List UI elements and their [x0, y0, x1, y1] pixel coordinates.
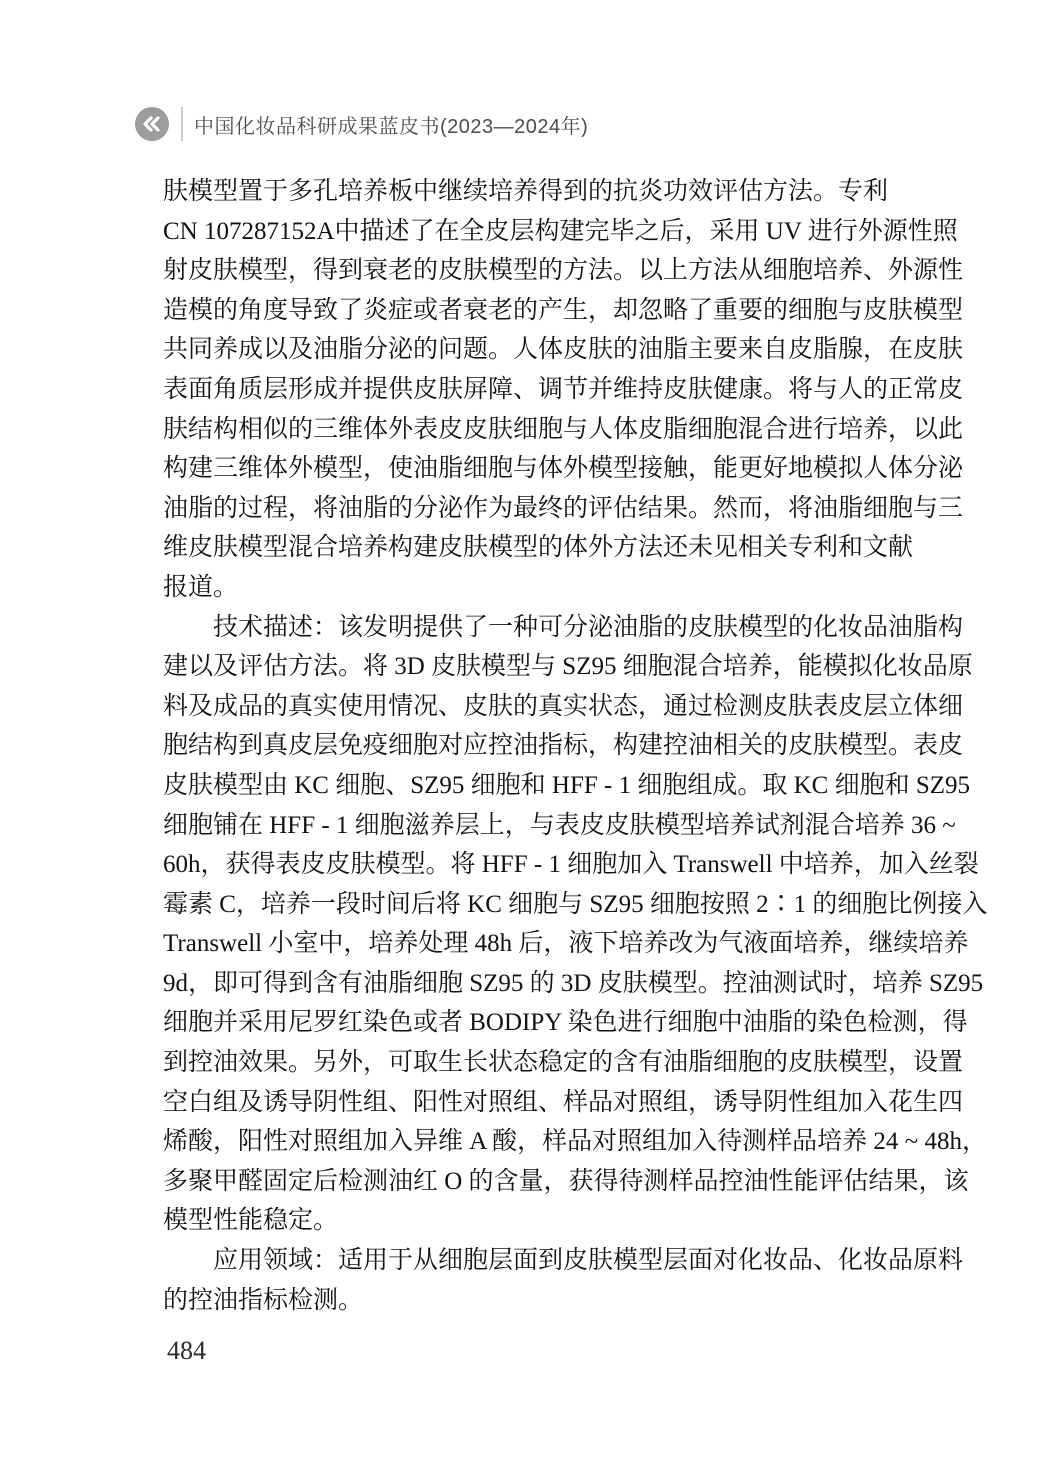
text-line: 报道。: [163, 568, 875, 608]
text-line: 造模的角度导致了炎症或者衰老的产生，却忽略了重要的细胞与皮肤模型: [163, 291, 875, 331]
text-line: 烯酸，阳性对照组加入异维 A 酸，样品对照组加入待测样品培养 24 ~ 48h，: [163, 1122, 875, 1162]
text-line: 表面角质层形成并提供皮肤屏障、调节并维持皮肤健康。将与人的正常皮: [163, 370, 875, 410]
text-line: 9d，即可得到含有油脂细胞 SZ95 的 3D 皮肤模型。控油测试时，培养 SZ…: [163, 964, 875, 1004]
text-line: 多聚甲醛固定后检测油红 O 的含量，获得待测样品控油性能评估结果，该: [163, 1162, 875, 1202]
book-title: 中国化妆品科研成果蓝皮书(2023—2024年): [194, 110, 588, 139]
text-line: 皮肤模型由 KC 细胞、SZ95 细胞和 HFF - 1 细胞组成。取 KC 细…: [163, 766, 875, 806]
text-line: 建以及评估方法。将 3D 皮肤模型与 SZ95 细胞混合培养，能模拟化妆品原: [163, 647, 875, 687]
text-line: 细胞铺在 HFF - 1 细胞滋养层上，与表皮皮肤模型培养试剂混合培养 36 ~: [163, 806, 875, 846]
text-line: 肤模型置于多孔培养板中继续培养得到的抗炎功效评估方法。专利: [163, 172, 875, 212]
document-page: 中国化妆品科研成果蓝皮书(2023—2024年) 肤模型置于多孔培养板中继续培养…: [0, 0, 1045, 1458]
text-line: 技术描述：该发明提供了一种可分泌油脂的皮肤模型的化妆品油脂构: [163, 608, 875, 648]
text-line: 料及成品的真实使用情况、皮肤的真实状态，通过检测皮肤表皮层立体细: [163, 687, 875, 727]
text-line: Transwell 小室中，培养处理 48h 后，液下培养改为气液面培养，继续培…: [163, 924, 875, 964]
text-line: 油脂的过程，将油脂的分泌作为最终的评估结果。然而，将油脂细胞与三: [163, 489, 875, 529]
text-line: 肤结构相似的三维体外表皮皮肤细胞与人体皮脂细胞混合进行培养，以此: [163, 410, 875, 450]
text-line: 应用领域：适用于从细胞层面到皮肤模型层面对化妆品、化妆品原料: [163, 1241, 875, 1281]
text-line: CN 107287152A中描述了在全皮层构建完毕之后，采用 UV 进行外源性照: [163, 212, 875, 252]
header-divider: [181, 107, 183, 141]
body-text: 肤模型置于多孔培养板中继续培养得到的抗炎功效评估方法。专利CN 10728715…: [163, 172, 875, 1320]
text-line: 空白组及诱导阴性组、阳性对照组、样品对照组，诱导阴性组加入花生四: [163, 1083, 875, 1123]
text-line: 的控油指标检测。: [163, 1281, 875, 1321]
text-line: 共同养成以及油脂分泌的问题。人体皮肤的油脂主要来自皮脂腺，在皮肤: [163, 330, 875, 370]
text-line: 构建三维体外模型，使油脂细胞与体外模型接触，能更好地模拟人体分泌: [163, 449, 875, 489]
text-line: 霉素 C，培养一段时间后将 KC 细胞与 SZ95 细胞按照 2∶1 的细胞比例…: [163, 885, 875, 925]
text-line: 到控油效果。另外，可取生长状态稳定的含有油脂细胞的皮肤模型，设置: [163, 1043, 875, 1083]
text-line: 射皮肤模型，得到衰老的皮肤模型的方法。以上方法从细胞培养、外源性: [163, 251, 875, 291]
text-line: 60h，获得表皮皮肤模型。将 HFF - 1 细胞加入 Transwell 中培…: [163, 845, 875, 885]
page-header: 中国化妆品科研成果蓝皮书(2023—2024年): [135, 104, 588, 144]
page-number: 484: [167, 1336, 206, 1366]
text-line: 细胞并采用尼罗红染色或者 BODIPY 染色进行细胞中油脂的染色检测，得: [163, 1003, 875, 1043]
text-line: 胞结构到真皮层免疫细胞对应控油指标，构建控油相关的皮肤模型。表皮: [163, 726, 875, 766]
text-line: 维皮肤模型混合培养构建皮肤模型的体外方法还未见相关专利和文献: [163, 528, 875, 568]
text-line: 模型性能稳定。: [163, 1201, 875, 1241]
double-chevron-left-icon[interactable]: [135, 107, 169, 141]
